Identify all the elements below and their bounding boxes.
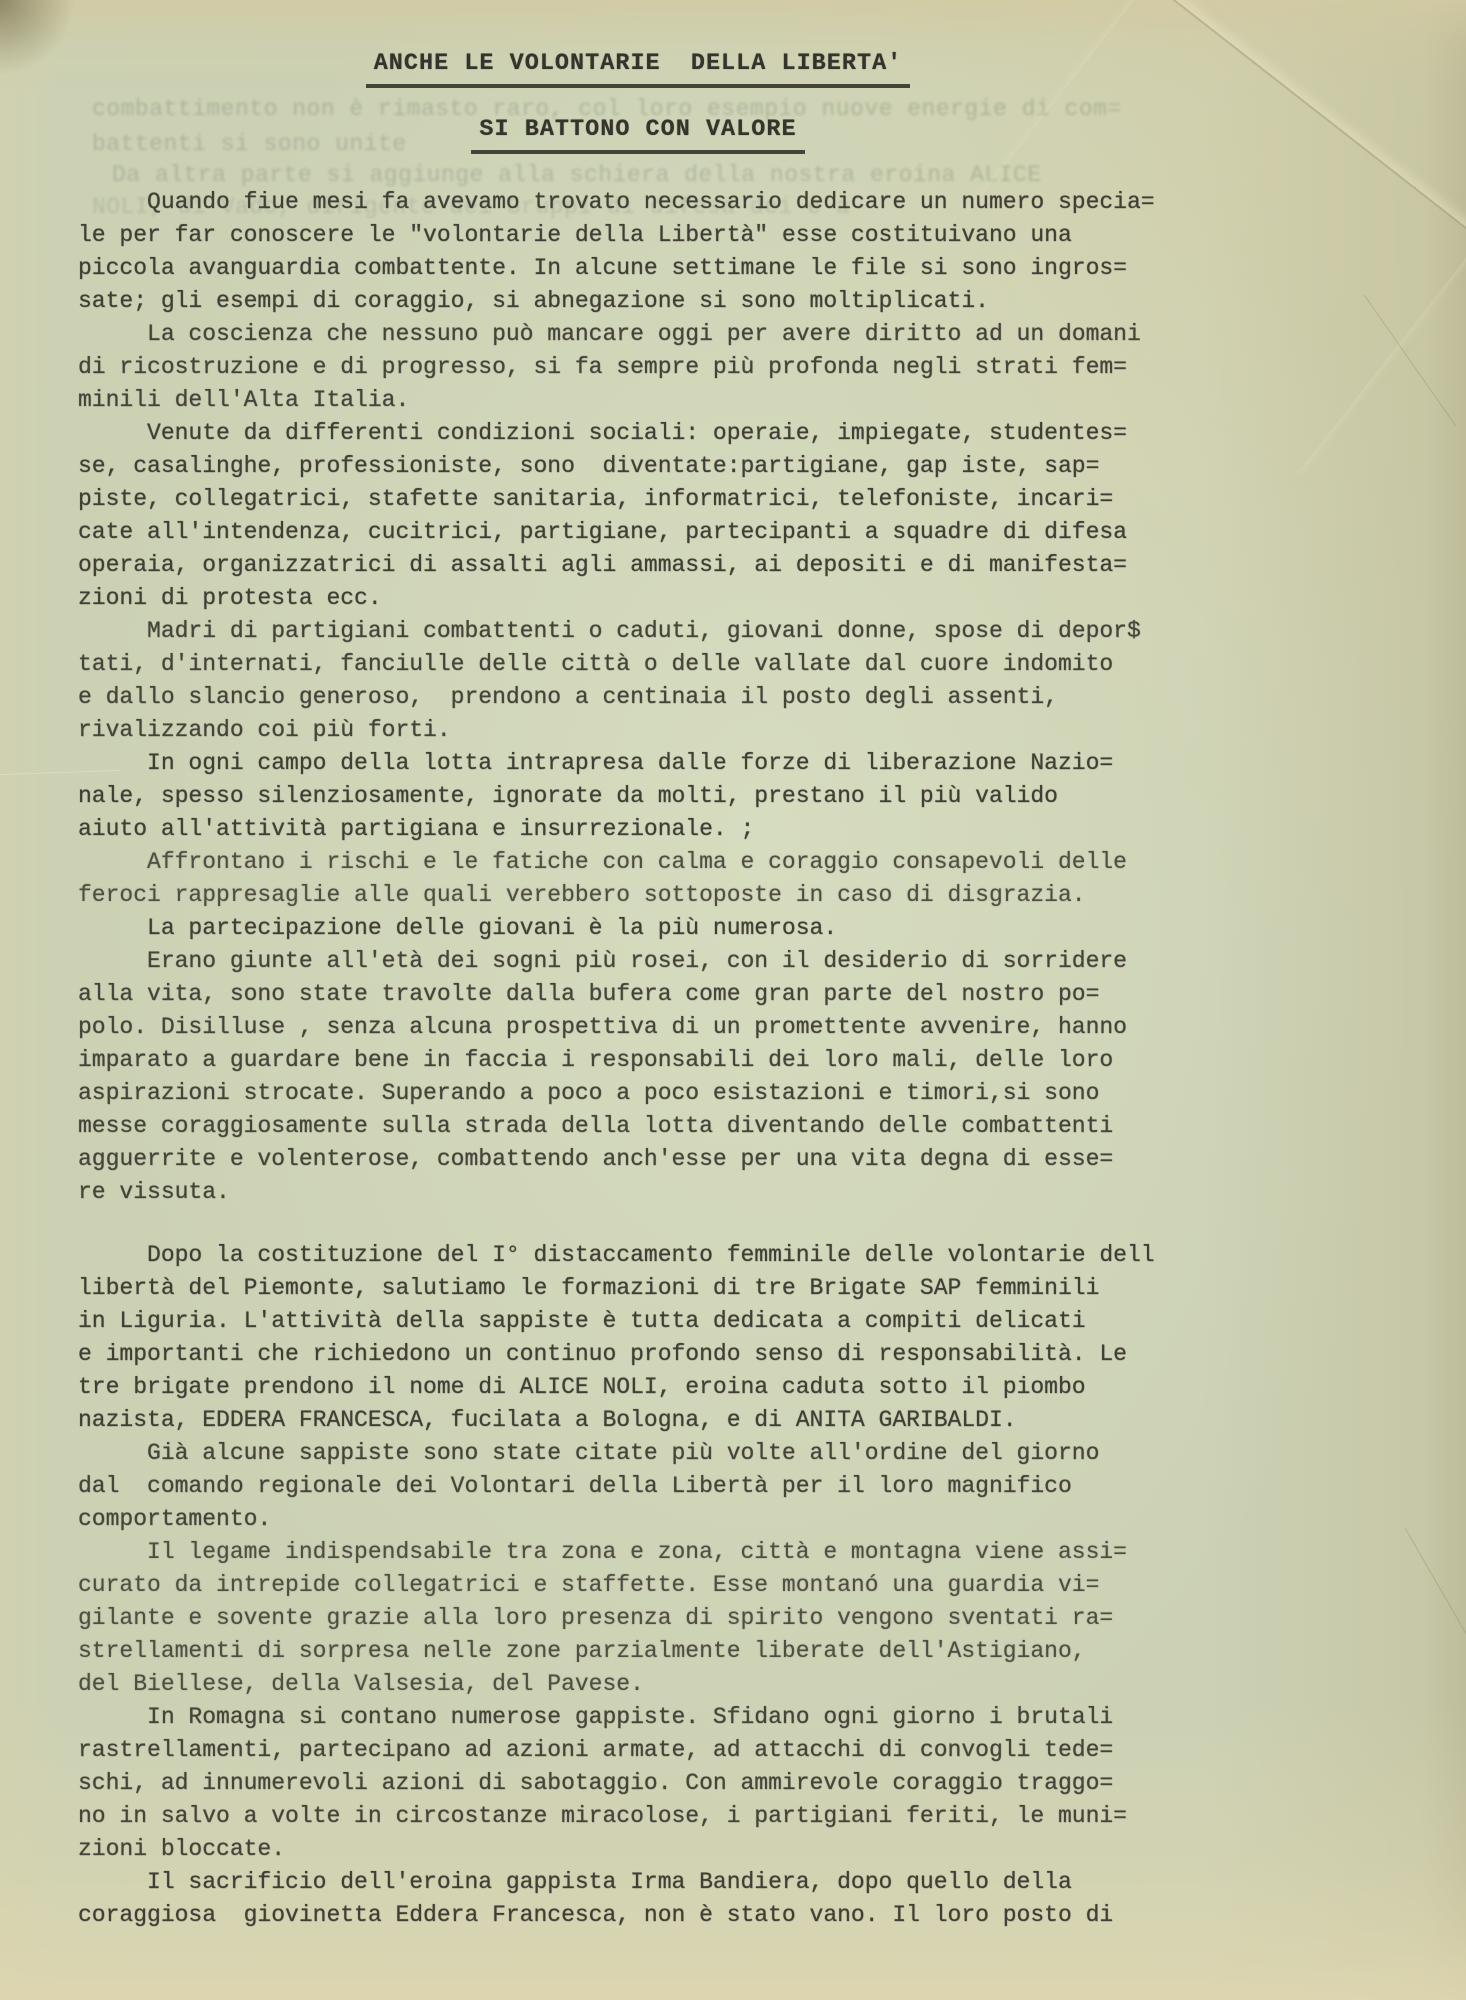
paragraph: Il sacrificio dell'eroina gappista Irma … — [78, 1866, 1198, 1932]
paragraph: La partecipazione delle giovani è la più… — [78, 912, 1198, 945]
paper-crease — [1364, 295, 1457, 427]
paper-scratch — [1405, 1528, 1466, 1754]
paragraph: Già alcune sappiste sono state citate pi… — [78, 1437, 1198, 1536]
paragraph: Quando fiue mesi fa avevamo trovato nece… — [78, 186, 1198, 318]
title-line-2: SI BATTONO CON VALORE — [138, 116, 1138, 154]
paragraph: Erano giunte all'età dei sogni più rosei… — [78, 945, 1198, 1209]
paragraph: Madri di partigiani combattenti o caduti… — [78, 615, 1198, 747]
typed-content: ANCHE LE VOLONTARIE DELLA LIBERTA' SI BA… — [78, 50, 1198, 1932]
paragraph: La coscienza che nessuno può mancare ogg… — [78, 318, 1198, 417]
title-text-underlined: ANCHE LE VOLONTARIE DELLA LIBERTA' — [366, 50, 911, 88]
document-body: Quando fiue mesi fa avevamo trovato nece… — [78, 186, 1198, 1932]
paragraph: Dopo la costituzione del I° distaccament… — [78, 1239, 1198, 1437]
subtitle-text-underlined: SI BATTONO CON VALORE — [471, 116, 804, 154]
paragraph: Il legame indispendsabile tra zona e zon… — [78, 1536, 1198, 1701]
document-title: ANCHE LE VOLONTARIE DELLA LIBERTA' SI BA… — [138, 50, 1138, 154]
paragraph: Affrontano i rischi e le fatiche con cal… — [78, 846, 1198, 912]
paragraph: In Romagna si contano numerose gappiste.… — [78, 1701, 1198, 1866]
paragraph: In ogni campo della lotta intrapresa dal… — [78, 747, 1198, 846]
title-line-1: ANCHE LE VOLONTARIE DELLA LIBERTA' — [138, 50, 1138, 88]
document-page: combattimento non è rimasto raro, col lo… — [0, 0, 1466, 2000]
paragraph: Venute da differenti condizioni sociali:… — [78, 417, 1198, 615]
